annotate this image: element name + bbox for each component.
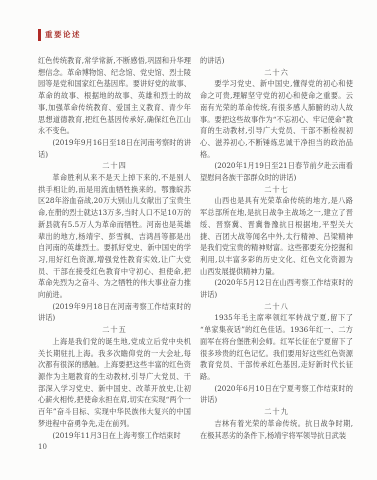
page-number: 10 — [38, 443, 47, 451]
paragraph: 上海是我们党的诞生地,党成立后党中央机关长期驻扎上海。我多次瞻仰党的一大会址,每… — [38, 336, 191, 430]
section-heading-27: 二十七 — [200, 184, 353, 196]
attribution: (2020年1月19日至21日春节前夕赴云南看望慰问各族干部群众时的讲话) — [200, 160, 353, 183]
section-heading-26: 二十六 — [200, 67, 353, 79]
paragraph: 要学习党史、新中国史,懂得党的初心和使命之可贵,理解坚守党的初心和使命之重要。云… — [200, 78, 353, 160]
paragraph: 山西也是具有光荣革命传统的地方,是八路军总部所在地,是抗日战争主战场之一,建立了… — [200, 195, 353, 277]
text-columns: 红色传统教育,常学常新,不断感悟,巩固和升华理想信念。革命博物馆、纪念馆、党史馆… — [38, 55, 353, 441]
attribution: (2019年9月16日至18日在河南考察时的讲话) — [38, 137, 191, 160]
right-column: 的讲话) 二十六 要学习党史、新中国史,懂得党的初心和使命之可贵,理解坚守党的初… — [200, 55, 353, 441]
section-heading-29: 二十九 — [200, 406, 353, 418]
book-page: 重要论述 红色传统教育,常学常新,不断感悟,巩固和升华理想信念。革命博物馆、纪念… — [0, 0, 377, 480]
paragraph-continued: 红色传统教育,常学常新,不断感悟,巩固和升华理想信念。革命博物馆、纪念馆、党史馆… — [38, 55, 191, 137]
section-heading-24: 二十四 — [38, 160, 191, 172]
paragraph-cutoff: 吉林有着光荣的革命传统。抗日战争时期,在极其恶劣的条件下,杨靖宇将军领导抗日武装 — [200, 418, 353, 441]
running-header: 重要论述 — [38, 29, 81, 41]
section-heading-25: 二十五 — [38, 324, 191, 336]
attribution-partial: (2019年11月3日在上海考察工作结束时 — [38, 430, 191, 442]
section-heading-28: 二十八 — [200, 301, 353, 313]
left-column: 红色传统教育,常学常新,不断感悟,巩固和升华理想信念。革命博物馆、纪念馆、党史馆… — [38, 55, 191, 441]
paragraph: 1935年毛主席率领红军转战宁夏,留下了“单家集夜话”的红色佳话。1936年红一… — [200, 312, 353, 382]
paragraph: 革命胜利从来不是天上掉下来的,不是别人拱手相让的,而是用流血牺牲换来的。鄂豫皖苏… — [38, 172, 191, 301]
attribution: (2019年9月18日在河南考察工作结束时的讲话) — [38, 301, 191, 324]
attribution-continued: 的讲话) — [200, 55, 353, 67]
header-label: 重要论述 — [45, 29, 81, 41]
header-accent-bar — [38, 29, 41, 41]
attribution: (2020年5月12日在山西考察工作结束时的讲话) — [200, 277, 353, 300]
attribution: (2020年6月10日在宁夏考察工作结束时的讲话) — [200, 383, 353, 406]
